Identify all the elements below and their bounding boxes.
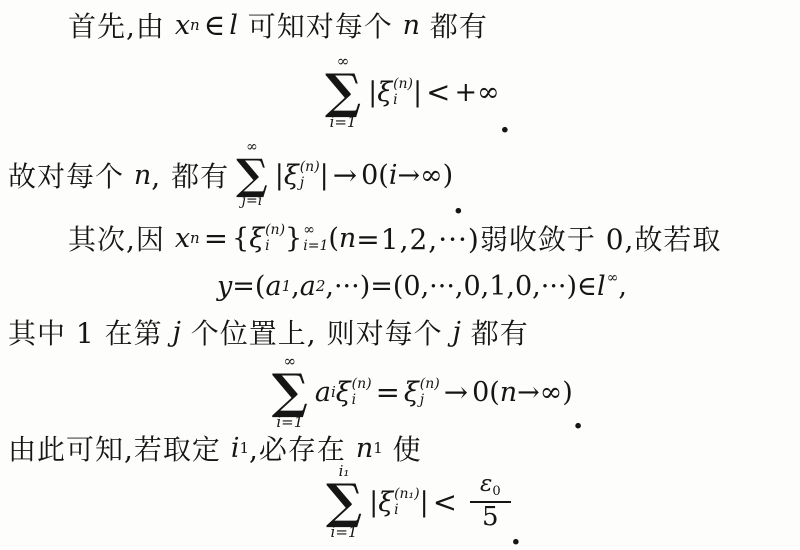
fraction-numerator: ε0 xyxy=(474,471,507,502)
superscript-infinity: ∞ xyxy=(607,270,619,286)
math-var-y: y xyxy=(217,271,232,302)
xi-scripts: (n)i xyxy=(265,222,285,254)
trailing-comma: , xyxy=(618,271,627,302)
abs-bar: | xyxy=(320,160,329,191)
less-than-symbol: < xyxy=(422,75,454,109)
display-formula-1: ∞ ∑ i=1 | ξ(n)i | < +∞ . xyxy=(14,48,800,136)
math-var-i: i xyxy=(389,160,398,191)
subscript-n: n xyxy=(190,18,200,33)
text-run: 故对每个 xyxy=(8,155,134,195)
abs-bar: | xyxy=(368,77,377,108)
equals-open: =( xyxy=(232,271,265,302)
sum-lower-limit: j=i xyxy=(242,194,263,209)
xi-term: ξ(n)j xyxy=(404,376,440,408)
text-run: 个位置上, 则对每个 xyxy=(181,312,453,352)
subscript-i-equals-1: i=1 xyxy=(303,238,328,254)
subscript-i: i xyxy=(393,92,397,108)
abs-bar: | xyxy=(275,160,284,191)
arrow-symbol: → xyxy=(440,375,472,409)
l-scripts: ∞ xyxy=(607,270,619,302)
math-var-xi: ξ xyxy=(284,160,299,191)
subscript-j: j xyxy=(300,175,304,191)
summation: ∞ ∑ i=1 xyxy=(272,353,308,430)
xi-scripts: (n)j xyxy=(300,159,320,191)
text-run: 可知对每个 xyxy=(238,5,403,45)
sigma-symbol: ∑ xyxy=(326,480,362,524)
subscript-1: 1 xyxy=(373,441,383,456)
superscript-n: (n) xyxy=(420,376,440,392)
math-var-xi: ξ xyxy=(404,377,419,408)
abs-bar: | xyxy=(369,487,378,518)
math-var-j: j xyxy=(173,317,181,348)
text-run: , 都有 xyxy=(151,155,229,195)
equals-symbol: = xyxy=(372,375,404,409)
xi-scripts: (n₁)i xyxy=(394,486,420,518)
less-than-symbol: < xyxy=(429,485,461,519)
subscript-1: 1 xyxy=(282,279,292,294)
subscript-j: j xyxy=(420,392,424,408)
sigma-symbol: ∑ xyxy=(236,156,268,195)
comma: , xyxy=(291,271,300,302)
math-var-xi: ξ xyxy=(249,223,264,254)
plus-infinity: +∞ xyxy=(454,77,499,108)
paragraph-line-4: 其中 1 在第 j 个位置上, 则对每个 j 都有 xyxy=(8,310,529,354)
paragraph-line-3: 其次,因 xn={ξ(n)i}∞i=1(n=1,2,···)弱收敛于 0,故若取 xyxy=(68,214,721,262)
spacer xyxy=(607,286,611,302)
xi-term: ξ(n)i xyxy=(377,76,413,108)
display-formula-4: i₁ ∑ i=1 | ξ(n₁)i | < ε0 5 . xyxy=(20,456,800,548)
subscript-i: i xyxy=(265,238,269,254)
abs-bar: | xyxy=(413,77,422,108)
limit-zero: 0( xyxy=(472,377,500,408)
math-var-n: n xyxy=(134,160,151,191)
subscript-1: 1 xyxy=(239,441,249,456)
limit-zero: 0( xyxy=(361,160,389,191)
superscript-infinity: ∞ xyxy=(303,222,315,238)
math-var-a: a xyxy=(315,377,331,408)
subscript-i: i xyxy=(394,502,398,518)
equals-symbol: = xyxy=(200,221,232,255)
math-var-x: x xyxy=(175,10,190,41)
math-var-l: l xyxy=(597,271,606,302)
math-var-a2: a xyxy=(300,271,316,302)
period: . xyxy=(500,109,510,136)
brace-scripts: ∞i=1 xyxy=(303,222,328,254)
sigma-symbol: ∑ xyxy=(325,70,361,114)
math-var-n: n xyxy=(339,223,356,254)
subscript-i: i xyxy=(352,392,356,408)
text-run: 都有 xyxy=(420,5,488,45)
superscript-n: (n) xyxy=(300,159,320,175)
xi-term: ξ(n)j xyxy=(284,159,320,191)
subscript-n: n xyxy=(190,231,200,246)
math-var-xi: ξ xyxy=(377,77,392,108)
xi-scripts: (n)j xyxy=(420,376,440,408)
xi-term: ξ(n)i xyxy=(249,222,285,254)
text-run: =1,2,···)弱收敛于 0,故若取 xyxy=(356,218,721,258)
math-var-n: n xyxy=(500,377,517,408)
math-var-xi: ξ xyxy=(378,487,393,518)
abs-bar: | xyxy=(420,487,429,518)
period: . xyxy=(511,521,521,548)
math-var-j: j xyxy=(453,317,461,348)
sum-lower-limit: i=1 xyxy=(331,524,358,541)
superscript-n: (n) xyxy=(393,76,413,92)
fraction-eps0-over-5: ε0 5 xyxy=(470,471,511,534)
superscript-n: (n) xyxy=(265,222,285,238)
limit-tail: →∞) xyxy=(397,160,453,191)
fraction-denominator: 5 xyxy=(470,501,511,533)
element-of-symbol: ∈ xyxy=(200,8,229,42)
xi-scripts: (n)i xyxy=(352,376,372,408)
math-var-xi: ξ xyxy=(336,377,351,408)
period: . xyxy=(573,405,583,432)
text-run: 其中 1 在第 xyxy=(8,312,173,352)
xi-term: ξ(n₁)i xyxy=(378,486,419,518)
close-brace: } xyxy=(285,223,302,254)
math-var-epsilon: ε xyxy=(480,471,492,497)
text-run: 首先,由 xyxy=(68,5,175,45)
superscript-n: (n) xyxy=(352,376,372,392)
sum-lower-limit: i=1 xyxy=(330,114,357,131)
xi-scripts: (n)i xyxy=(393,76,413,108)
math-var-x: x xyxy=(175,223,190,254)
superscript-n1: (n₁) xyxy=(394,486,420,502)
math-var-a1: a xyxy=(265,271,281,302)
open-brace: { xyxy=(232,223,249,254)
text-run: 都有 xyxy=(461,312,529,352)
sigma-symbol: ∑ xyxy=(272,370,308,414)
paragraph-line-2: 故对每个 n, 都有 ∞ ∑ j=i | ξ(n)j | → 0(i→∞) . xyxy=(8,133,464,217)
math-var-n: n xyxy=(403,10,420,41)
period: . xyxy=(453,190,463,217)
limit-tail: →∞) xyxy=(517,377,573,408)
summation: ∞ ∑ i=1 xyxy=(325,53,361,130)
display-formula-2: y=(a1,a2,···)=(0,···,0,1,0,···)∈l∞ , xyxy=(22,260,800,312)
subscript-0: 0 xyxy=(492,484,500,499)
text-run: 其次,因 xyxy=(68,218,175,258)
arrow-symbol: → xyxy=(329,158,361,192)
textbook-page: 首先,由 xn∈l 可知对每个 n 都有 ∞ ∑ i=1 | ξ(n)i | <… xyxy=(0,0,800,550)
open-paren: ( xyxy=(328,223,339,254)
subscript-2: 2 xyxy=(316,279,326,294)
summation: i₁ ∑ i=1 xyxy=(326,463,362,540)
summation: ∞ ∑ j=i xyxy=(236,140,268,209)
math-var-l: l xyxy=(229,10,238,41)
display-formula-3: ∞ ∑ i=1 aiξ(n)i = ξ(n)j → 0(n→∞) . xyxy=(24,352,800,432)
paragraph-line-1: 首先,由 xn∈l 可知对每个 n 都有 xyxy=(68,4,488,46)
sequence-run: ,···)=(0,···,0,1,0,···)∈ xyxy=(325,271,597,302)
xi-term: ξ(n)i xyxy=(336,376,372,408)
